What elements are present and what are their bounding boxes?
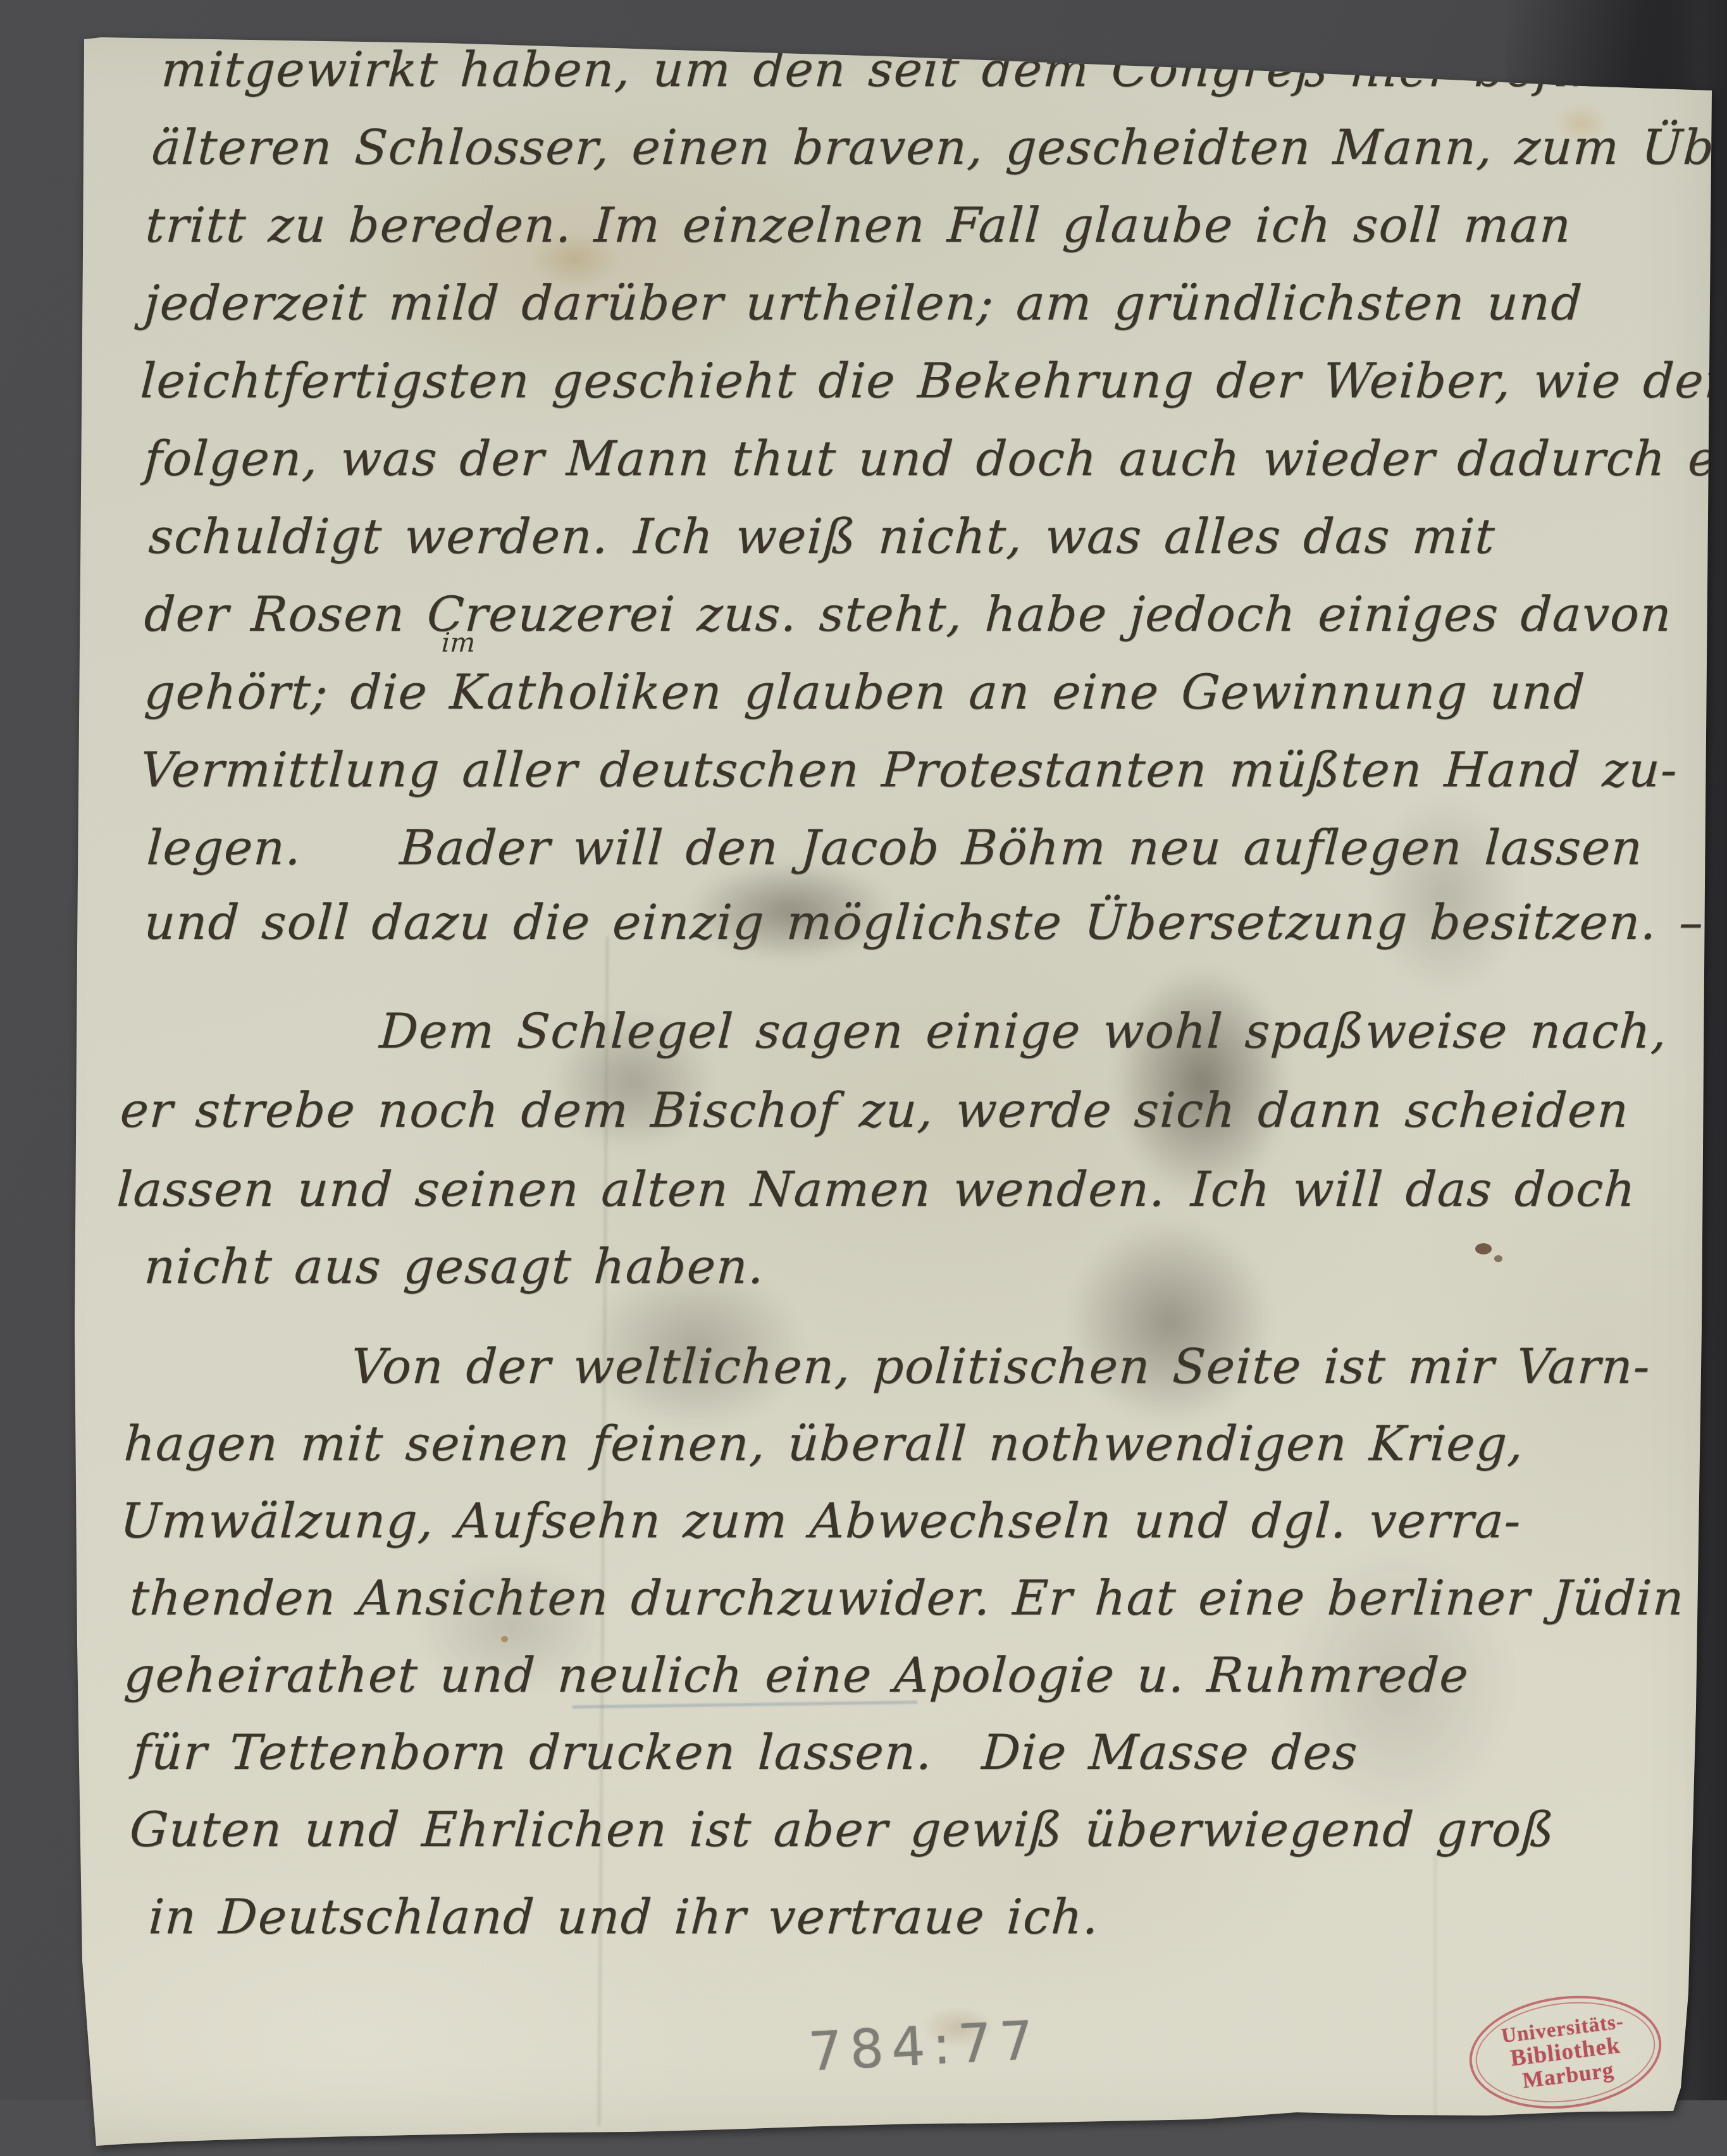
letter-page: mitgewirkt haben, um den seit dem Congre…	[0, 0, 1727, 2156]
manuscript-scan: mitgewirkt haben, um den seit dem Congre…	[0, 0, 1727, 2156]
letter-page-wrap: mitgewirkt haben, um den seit dem Congre…	[0, 0, 1727, 2156]
paper-edge-vignette	[0, 0, 1727, 2156]
